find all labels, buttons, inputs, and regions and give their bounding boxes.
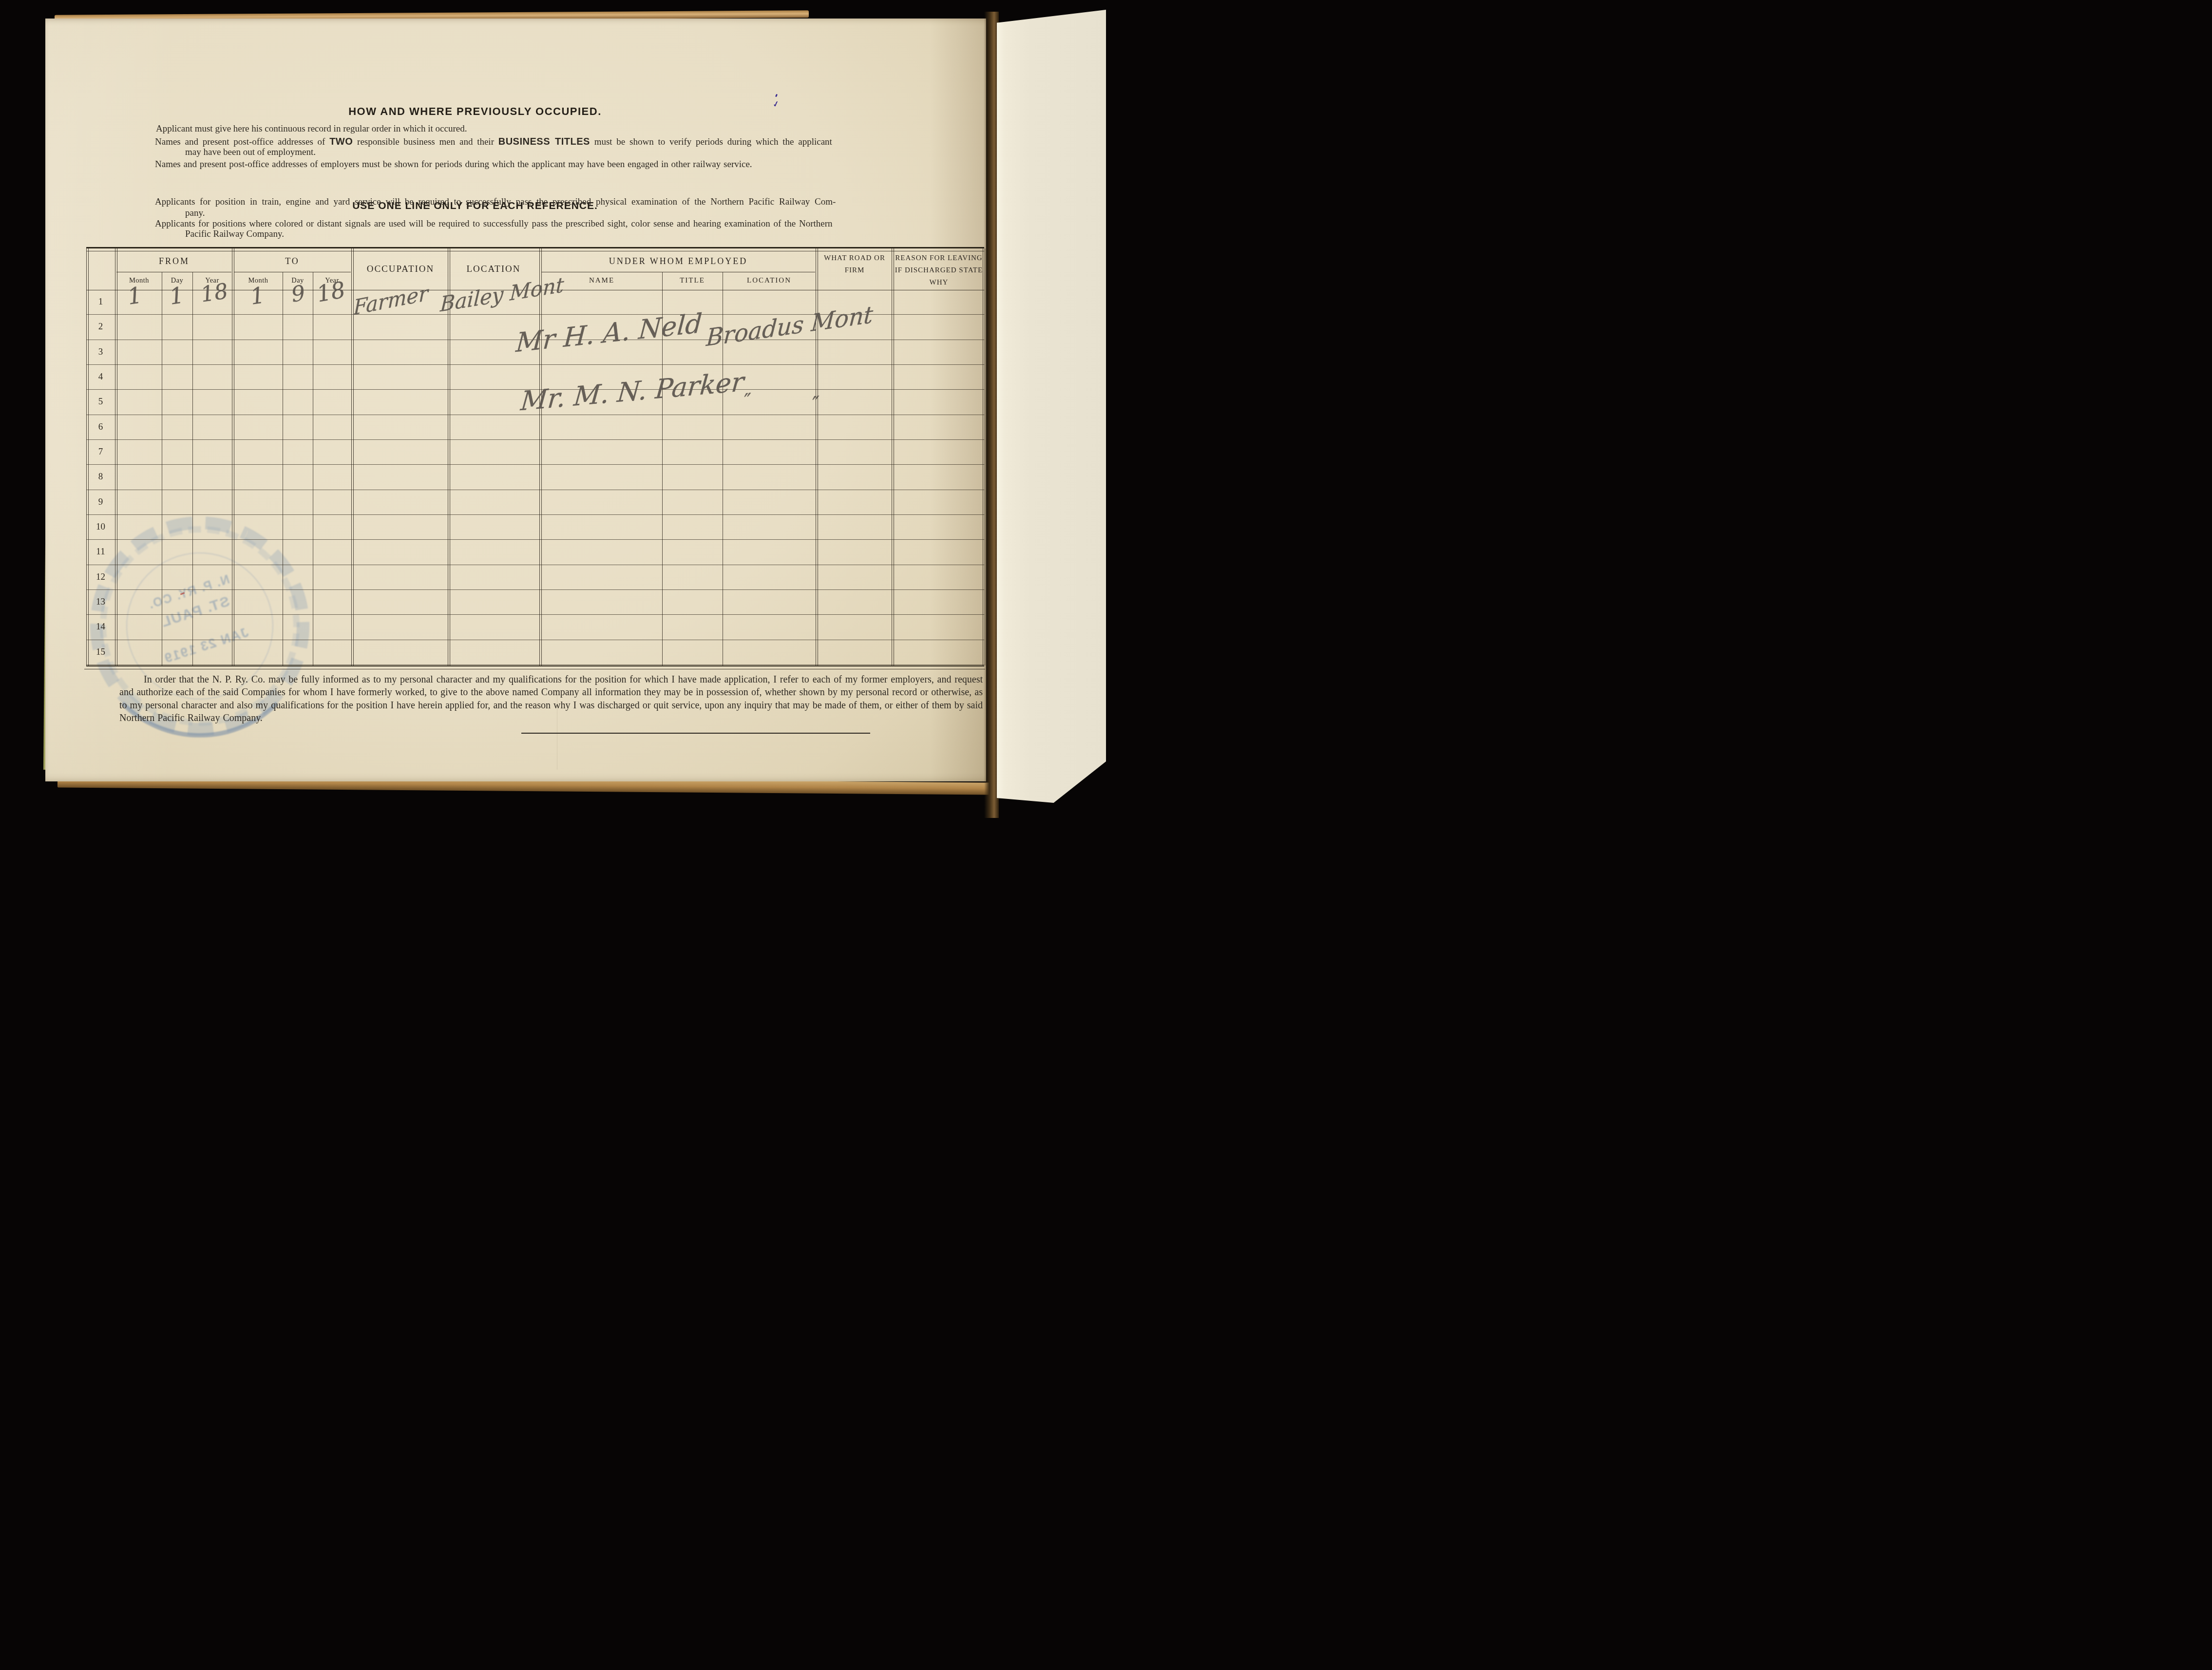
- notice-physical-exam-line-2: pany.: [185, 208, 205, 219]
- table-bottom-rule: [84, 669, 985, 669]
- instruction-line-1: Applicant must give here his continuous …: [156, 124, 467, 134]
- instruction-2-text: must be shown to verify periods during w…: [590, 137, 832, 147]
- row-number: 6: [86, 422, 115, 433]
- page-title: HOW AND WHERE PREVIOUSLY OCCUPIED.: [292, 105, 658, 118]
- row-number: 12: [86, 572, 115, 583]
- notice-signals-exam-line-2: Pacific Railway Company.: [185, 229, 284, 240]
- row-number: 14: [86, 622, 115, 632]
- column-reason-for-leaving: REASON FOR LEAVING IF DISCHARGED STATE W…: [894, 252, 984, 289]
- column-occupation: OCCUPATION: [353, 264, 448, 275]
- table-vline: [983, 248, 985, 665]
- row-number: 5: [86, 397, 115, 407]
- group-underline-from: [116, 272, 231, 272]
- column-group-from: FROM: [116, 256, 232, 266]
- row-number: 15: [86, 647, 115, 658]
- signature-line: [521, 733, 870, 734]
- table-subvline: [162, 272, 162, 665]
- row-number: 7: [86, 447, 115, 457]
- row-number: 4: [86, 372, 115, 382]
- instruction-2-text: responsible business men and their: [353, 137, 498, 147]
- entry-from-year: 18: [199, 279, 230, 307]
- group-underline-to: [234, 272, 351, 272]
- notice-signals-exam-line-1: Applicants for positions where colored o…: [155, 219, 833, 229]
- affidavit-paragraph: In order that the N. P. Ry. Co. may be f…: [119, 673, 983, 725]
- row-number: 2: [86, 322, 115, 332]
- row-number: 8: [86, 472, 115, 482]
- row-number: 1: [86, 297, 115, 307]
- facing-blank-page: [997, 10, 1106, 822]
- instruction-line-2-continued: may have been out of employment.: [185, 147, 316, 158]
- emphasis-business-titles: BUSINESS TITLES: [498, 136, 590, 147]
- instruction-2-text: Names and present post-office addresses …: [155, 137, 329, 147]
- group-underline-under-whom: [541, 272, 815, 272]
- column-group-under-whom-employed: UNDER WHOM EMPLOYED: [541, 256, 815, 266]
- row-number: 11: [86, 547, 115, 557]
- column-location: LOCATION: [448, 264, 539, 275]
- column-employer-title: TITLE: [662, 277, 723, 285]
- emphasis-two: TWO: [329, 136, 353, 147]
- table-vline: [539, 248, 542, 665]
- table-vline: [892, 248, 894, 665]
- table-vline: [115, 248, 117, 665]
- notice-physical-exam-line-1: Applicants for position in train, engine…: [155, 197, 836, 208]
- table-top-rule: [86, 251, 984, 251]
- table-subvline: [283, 272, 283, 665]
- column-employer-location: LOCATION: [723, 277, 816, 285]
- book-gutter-shadow: [984, 12, 999, 818]
- table-vline: [232, 248, 234, 665]
- row-number: 9: [86, 497, 115, 508]
- entry-to-year: 18: [315, 276, 347, 307]
- table-subvline: [192, 272, 193, 665]
- instruction-line-3: Names and present post-office addresses …: [155, 159, 752, 170]
- table-subvline: [313, 272, 313, 665]
- row-number: 3: [86, 347, 115, 358]
- column-group-to: TO: [234, 256, 351, 266]
- column-what-road-or-firm: WHAT ROAD OR FIRM: [818, 252, 892, 277]
- row-number: 13: [86, 597, 115, 607]
- scanned-book-photo: N. P. RY. CO. ST. PAUL JAN 23 1919 HOW A…: [0, 0, 1106, 835]
- row-number: 10: [86, 522, 115, 532]
- instruction-line-2: Names and present post-office addresses …: [155, 136, 832, 148]
